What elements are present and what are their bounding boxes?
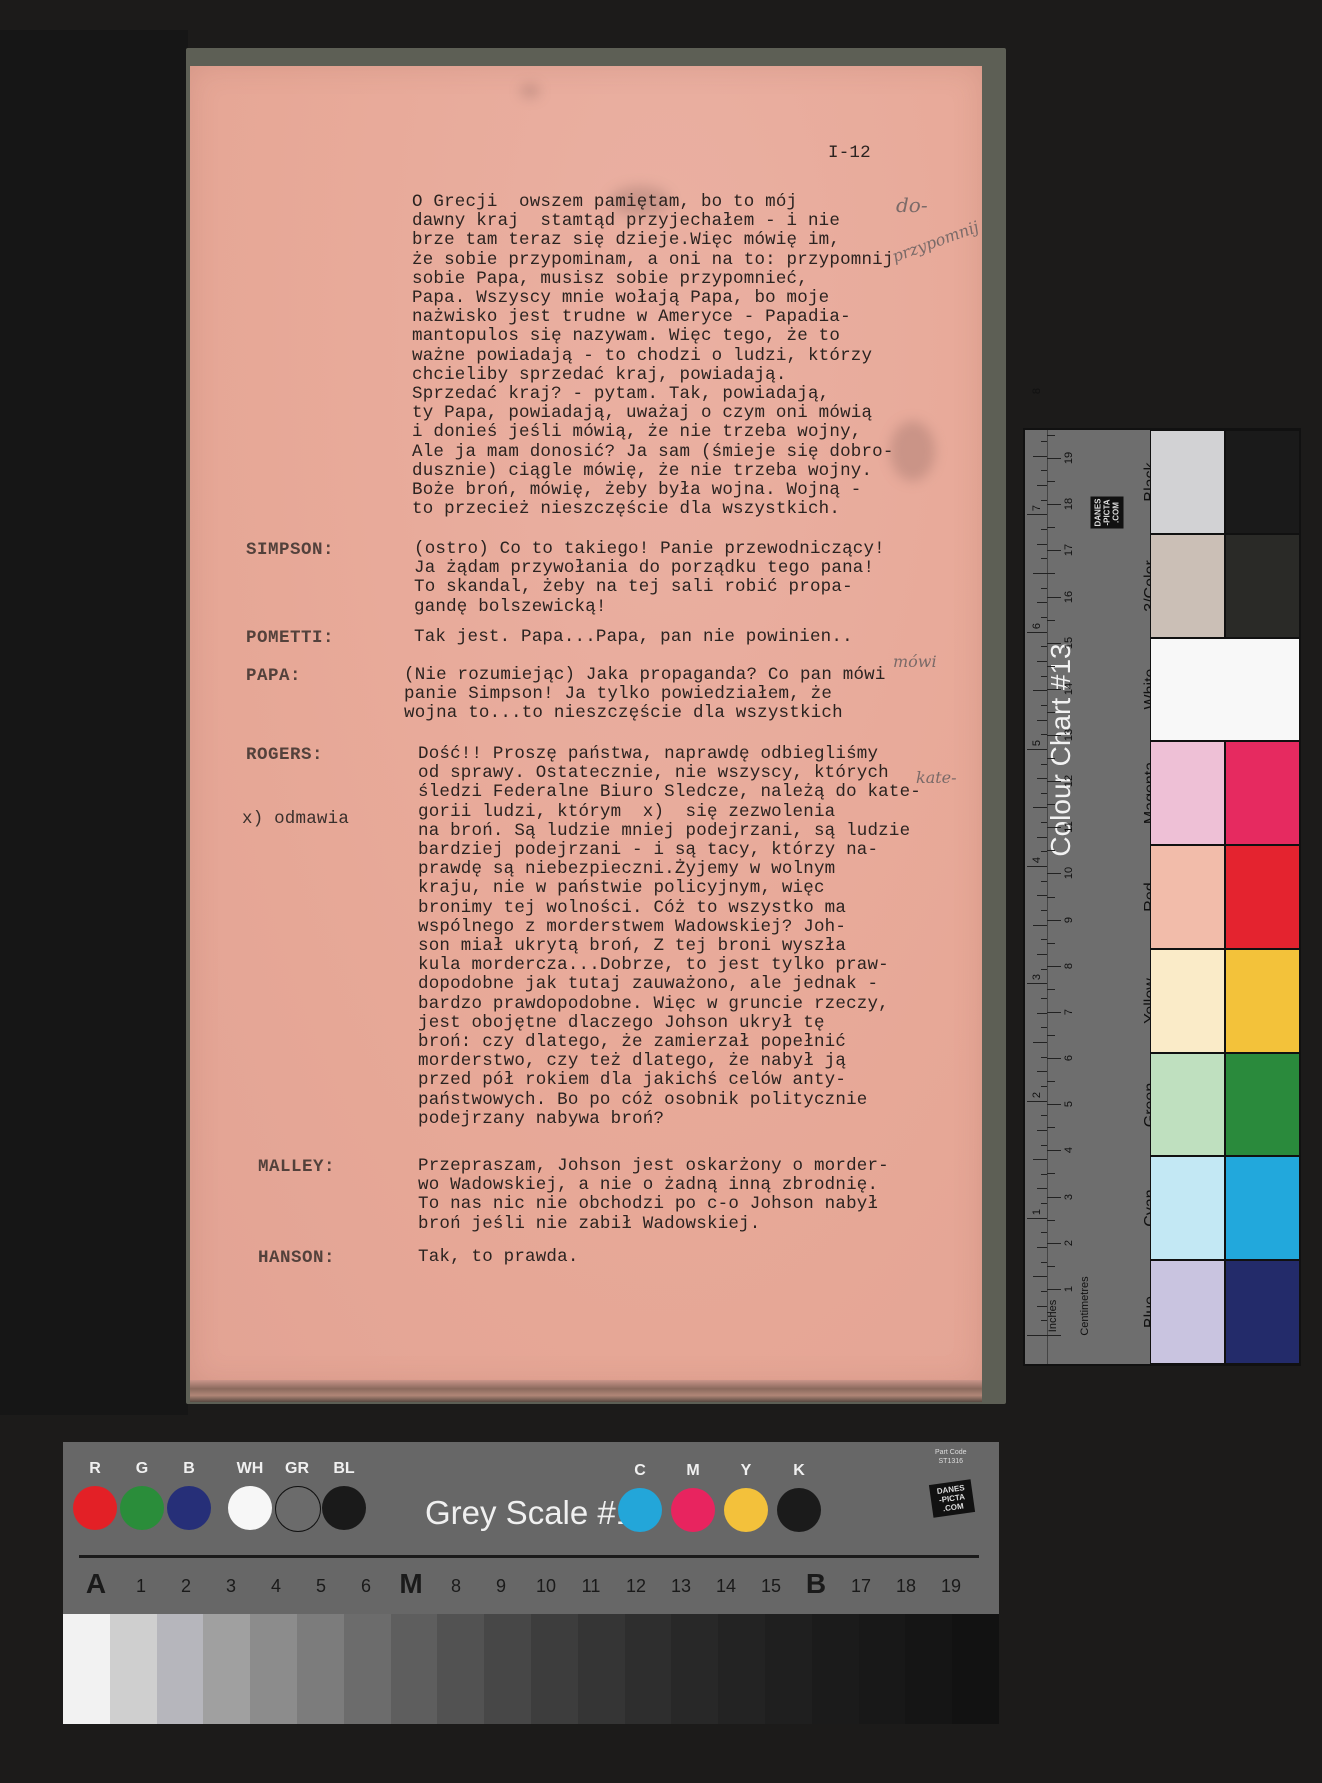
inch-mark: 8: [1031, 381, 1043, 401]
inch-tick: [1041, 529, 1047, 530]
inch-tick: [1037, 720, 1047, 721]
cm-tick: [1047, 989, 1055, 990]
swatch-green-dark: [1225, 1053, 1300, 1157]
step-label: 9: [478, 1576, 524, 1597]
step-label: 4: [253, 1576, 299, 1597]
page-number: I-12: [828, 143, 871, 163]
inch-tick: [1041, 1291, 1047, 1292]
step-label: 11: [568, 1576, 614, 1597]
dot-label: G: [120, 1460, 164, 1478]
grey-step: [812, 1614, 859, 1724]
inch-tick: [1041, 793, 1047, 794]
cm-tick: [1047, 1289, 1061, 1290]
inch-tick: [1037, 837, 1047, 838]
ink-smudge: [890, 421, 935, 481]
inch-tick: [1041, 1262, 1047, 1263]
cm-mark: 6: [1063, 1048, 1075, 1068]
grey-step: [250, 1614, 297, 1724]
inch-mark: 2: [1031, 1085, 1043, 1105]
inch-tick: [1037, 544, 1047, 545]
cm-mark: 5: [1063, 1094, 1075, 1114]
grey-step: [765, 1614, 812, 1724]
cm-tick: [1047, 758, 1055, 759]
cm-tick: [1047, 943, 1055, 944]
ruler: Colour Chart #13 DANES-PICTA.COM Inches …: [1025, 430, 1150, 1364]
dot-label: K: [777, 1462, 821, 1480]
step-label: A: [73, 1568, 119, 1600]
cm-tick: [1047, 850, 1055, 851]
cm-mark: 16: [1063, 587, 1075, 607]
inch-tick: [1037, 1306, 1047, 1307]
inches-label: Inches: [1047, 1286, 1059, 1346]
grey-step: [859, 1614, 906, 1724]
inch-tick: [1041, 764, 1047, 765]
cm-mark: 10: [1063, 863, 1075, 883]
inch-tick: [1033, 925, 1047, 926]
inch-tick: [1037, 1188, 1047, 1189]
step-label: 15: [748, 1576, 794, 1597]
inch-tick: [1041, 1027, 1047, 1028]
cm-tick: [1047, 1012, 1061, 1013]
step-label: 14: [703, 1576, 749, 1597]
dialogue-line: (Nie rozumiejąc) Jaka propaganda? Co pan…: [404, 666, 886, 724]
swatch-yellow-dark: [1225, 949, 1300, 1053]
cm-tick: [1047, 458, 1061, 459]
step-label: B: [793, 1568, 839, 1600]
cm-tick: [1047, 920, 1061, 921]
grey-scale-card: Grey Scale #13 Part CodeST1316 DANES-PIC…: [63, 1442, 999, 1724]
color-dot-c: [618, 1488, 662, 1532]
swatch-cyan-light: [1150, 1156, 1225, 1260]
step-label: 18: [883, 1576, 929, 1597]
margin-note: x) odmawia: [242, 809, 349, 829]
inch-tick: [1037, 1130, 1047, 1131]
cm-tick: [1047, 1173, 1055, 1174]
danes-picta-logo: DANES-PICTA.COM: [1091, 496, 1124, 528]
color-dot-gr: [275, 1486, 321, 1532]
inch-tick: [1037, 661, 1047, 662]
inch-tick: [1041, 998, 1047, 999]
speaker-label: MALLEY:: [258, 1157, 335, 1177]
cm-mark: 8: [1063, 956, 1075, 976]
cm-mark: 19: [1063, 448, 1075, 468]
inch-tick: [1037, 1013, 1047, 1014]
inch-tick: [1041, 1174, 1047, 1175]
color-dot-g: [120, 1486, 164, 1530]
speaker-label: SIMPSON:: [246, 540, 334, 560]
handwritten-note: mówi: [893, 652, 937, 671]
step-label: 13: [658, 1576, 704, 1597]
dot-label: WH: [228, 1460, 272, 1478]
swatch-black-dark: [1225, 430, 1300, 534]
inch-tick: [1041, 441, 1047, 442]
inch-tick: [1037, 602, 1047, 603]
inch-tick: [1041, 1145, 1047, 1146]
step-label: 6: [343, 1576, 389, 1597]
inch-tick: [1041, 1057, 1047, 1058]
grey-step: [391, 1614, 438, 1724]
dot-label: GR: [275, 1460, 319, 1478]
inch-tick: [1037, 895, 1047, 896]
cm-mark: 3: [1063, 1187, 1075, 1207]
inch-tick: [1041, 1115, 1047, 1116]
grey-step: [578, 1614, 625, 1724]
cm-mark: 15: [1063, 633, 1075, 653]
inch-tick: [1041, 558, 1047, 559]
cm-tick: [1047, 1058, 1061, 1059]
dot-label: B: [167, 1460, 211, 1478]
dialogue-line: Tak jest. Papa...Papa, pan nie powinien.…: [414, 628, 853, 647]
cm-tick: [1047, 550, 1061, 551]
cm-tick: [1047, 735, 1061, 736]
swatch-blue-light: [1150, 1260, 1225, 1364]
inch-tick: [1041, 646, 1047, 647]
swatch-red-dark: [1225, 845, 1300, 949]
dialogue-line: Tak, to prawda.: [418, 1248, 579, 1267]
cm-mark: 9: [1063, 910, 1075, 930]
cm-tick: [1047, 1197, 1061, 1198]
danes-picta-logo: DANES-PICTA.COM: [929, 1479, 975, 1518]
cm-mark: 1: [1063, 1279, 1075, 1299]
cm-mark: 2: [1063, 1233, 1075, 1253]
handwritten-note: kate-: [916, 768, 957, 787]
cm-tick: [1047, 573, 1055, 574]
step-label: 12: [613, 1576, 659, 1597]
swatch-magenta-light: [1150, 741, 1225, 845]
divider: [79, 1555, 979, 1558]
grey-step: [157, 1614, 204, 1724]
inch-tick: [1041, 822, 1047, 823]
inch-mark: 1: [1031, 1202, 1043, 1222]
swatch-magenta-dark: [1225, 741, 1300, 845]
speaker-label: PAPA:: [246, 666, 301, 686]
inch-tick: [1037, 778, 1047, 779]
cm-tick: [1047, 873, 1061, 874]
dialogue-line: (ostro) Co to takiego! Panie przewodnicz…: [414, 540, 885, 617]
inch-tick: [1041, 705, 1047, 706]
dot-label: C: [618, 1462, 662, 1480]
cm-tick: [1047, 804, 1055, 805]
inch-tick: [1033, 1159, 1047, 1160]
swatch-white: [1150, 638, 1300, 742]
color-dot-wh: [228, 1486, 272, 1530]
dot-label: M: [671, 1462, 715, 1480]
cm-tick: [1047, 527, 1055, 528]
step-label: 19: [928, 1576, 974, 1597]
swatch-green-light: [1150, 1053, 1225, 1157]
grey-step: [718, 1614, 765, 1724]
grey-step: [671, 1614, 718, 1724]
inch-tick: [1041, 676, 1047, 677]
cm-tick: [1047, 1081, 1055, 1082]
swatch-blue-dark: [1225, 1260, 1300, 1364]
dot-label: Y: [724, 1462, 768, 1480]
inch-tick: [1041, 1232, 1047, 1233]
colour-chart-title: Colour Chart #13: [1045, 620, 1077, 880]
inch-mark: 5: [1031, 733, 1043, 753]
swatch-red-light: [1150, 845, 1225, 949]
ink-smudge: [520, 84, 540, 98]
dot-label: R: [73, 1460, 117, 1478]
grey-steps: [63, 1614, 999, 1724]
color-dot-bl: [322, 1486, 366, 1530]
cm-tick: [1047, 966, 1061, 967]
centimetres-label: Centimetres: [1079, 1266, 1091, 1346]
cm-tick: [1047, 504, 1061, 505]
inch-tick: [1033, 1042, 1047, 1043]
inch-tick: [1041, 881, 1047, 882]
inch-scale: [1025, 430, 1048, 1364]
cm-tick: [1047, 435, 1055, 436]
cm-tick: [1047, 1035, 1055, 1036]
cm-tick: [1047, 1150, 1061, 1151]
step-label: 8: [433, 1576, 479, 1597]
cm-tick: [1047, 1335, 1061, 1336]
opening-speech: O Grecji owszem pamiętam, bo to mój dawn…: [412, 193, 894, 519]
step-label: 5: [298, 1576, 344, 1597]
cm-mark: 13: [1063, 725, 1075, 745]
grey-step: [952, 1614, 999, 1724]
cm-tick: [1047, 827, 1061, 828]
grey-step: [203, 1614, 250, 1724]
color-dot-r: [73, 1486, 117, 1530]
step-label: 1: [118, 1576, 164, 1597]
step-label: 3: [208, 1576, 254, 1597]
inch-tick: [1041, 939, 1047, 940]
step-label: 10: [523, 1576, 569, 1597]
cm-tick: [1047, 643, 1061, 644]
color-dot-y: [724, 1488, 768, 1532]
dot-label: BL: [322, 1460, 366, 1478]
inch-tick: [1033, 807, 1047, 808]
inch-tick: [1033, 1276, 1047, 1277]
cm-tick: [1047, 1266, 1055, 1267]
cm-tick: [1047, 897, 1055, 898]
step-label: 2: [163, 1576, 209, 1597]
part-code: Part CodeST1316: [935, 1448, 967, 1466]
inch-tick: [1027, 1335, 1047, 1336]
colour-chart-card: Colour Chart #13 DANES-PICTA.COM Inches …: [1023, 428, 1301, 1366]
cm-tick: [1047, 1312, 1055, 1313]
cm-tick: [1047, 781, 1061, 782]
inch-tick: [1041, 588, 1047, 589]
cm-tick: [1047, 666, 1055, 667]
inch-tick: [1041, 910, 1047, 911]
cm-mark: 7: [1063, 1002, 1075, 1022]
dialogue-line: Dość!! Proszę państwa, naprawdę odbiegli…: [418, 745, 921, 1129]
colour-swatches: [1150, 430, 1300, 1364]
grey-step: [484, 1614, 531, 1724]
inch-mark: 6: [1031, 616, 1043, 636]
handwritten-note: do-: [896, 193, 928, 217]
swatch-3-color-dark: [1225, 534, 1300, 638]
cm-tick: [1047, 1104, 1061, 1105]
inch-tick: [1037, 1071, 1047, 1072]
dark-backdrop-left: [0, 30, 188, 1415]
dialogue-line: Przepraszam, Johson jest oskarżony o mor…: [418, 1157, 889, 1234]
cm-mark: 18: [1063, 494, 1075, 514]
swatch-cyan-dark: [1225, 1156, 1300, 1260]
inch-tick: [1037, 1247, 1047, 1248]
speaker-label: POMETTI:: [246, 628, 334, 648]
cm-tick: [1047, 597, 1061, 598]
cm-mark: 12: [1063, 771, 1075, 791]
color-dot-k: [777, 1488, 821, 1532]
cm-mark: 17: [1063, 540, 1075, 560]
grey-step: [437, 1614, 484, 1724]
inch-tick: [1033, 573, 1047, 574]
cm-tick: [1047, 481, 1055, 482]
page-bottom-edge: [190, 1380, 982, 1402]
step-label: 17: [838, 1576, 884, 1597]
cm-mark: 11: [1063, 817, 1075, 837]
inch-mark: 7: [1031, 498, 1043, 518]
color-dot-m: [671, 1488, 715, 1532]
grey-step: [297, 1614, 344, 1724]
cm-tick: [1047, 712, 1055, 713]
cm-mark: 14: [1063, 679, 1075, 699]
inch-tick: [1041, 1320, 1047, 1321]
cm-tick: [1047, 1220, 1055, 1221]
cm-mark: 4: [1063, 1140, 1075, 1160]
inch-tick: [1041, 470, 1047, 471]
swatch-3-color-light: [1150, 534, 1225, 638]
grey-step: [531, 1614, 578, 1724]
color-dot-b: [167, 1486, 211, 1530]
cm-tick: [1047, 1127, 1055, 1128]
speaker-label: HANSON:: [258, 1248, 335, 1268]
inch-mark: 4: [1031, 850, 1043, 870]
step-label: M: [388, 1568, 434, 1600]
cm-tick: [1047, 689, 1061, 690]
inch-tick: [1033, 456, 1047, 457]
cm-tick: [1047, 620, 1055, 621]
grey-step: [63, 1614, 110, 1724]
cm-tick: [1047, 1243, 1061, 1244]
grey-step: [905, 1614, 952, 1724]
inch-tick: [1037, 954, 1047, 955]
inch-mark: 3: [1031, 967, 1043, 987]
grey-step: [110, 1614, 157, 1724]
swatch-yellow-light: [1150, 949, 1225, 1053]
inch-tick: [1033, 690, 1047, 691]
speaker-label: ROGERS:: [246, 745, 323, 765]
grey-step: [625, 1614, 672, 1724]
inch-tick: [1037, 485, 1047, 486]
swatch-black-light: [1150, 430, 1225, 534]
grey-step: [344, 1614, 391, 1724]
